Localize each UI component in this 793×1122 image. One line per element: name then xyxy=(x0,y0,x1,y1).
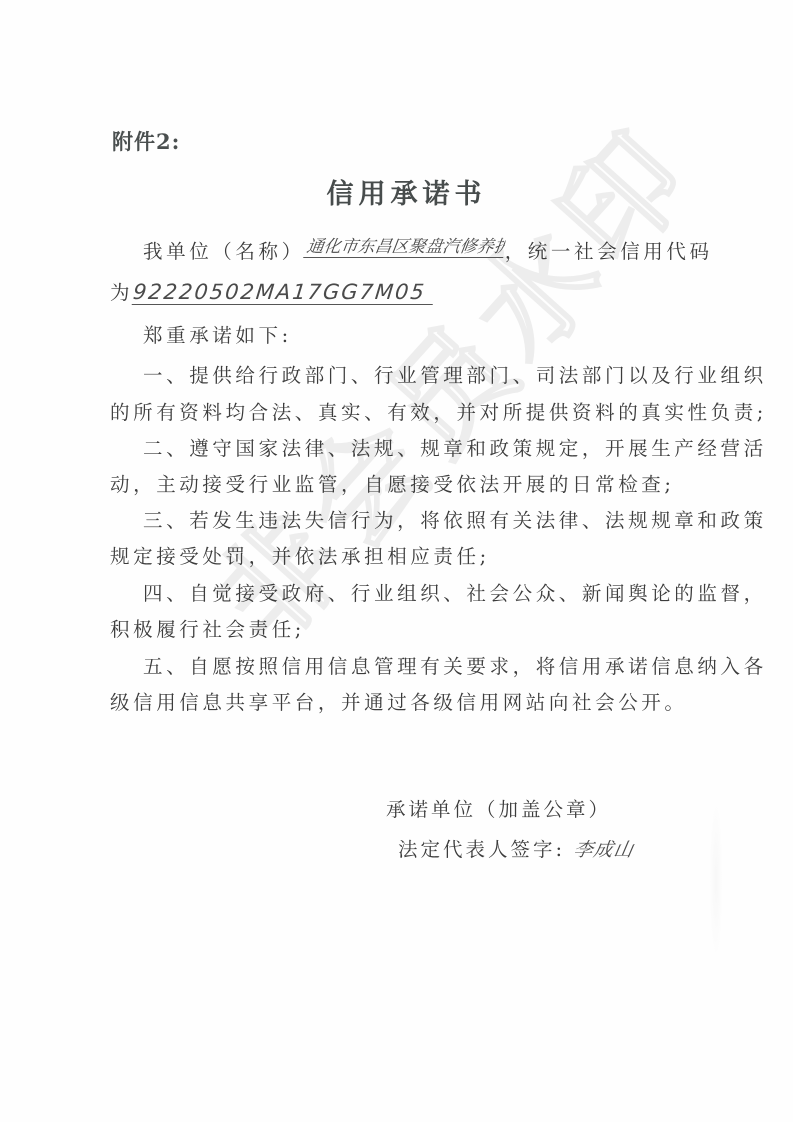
commitment-4-line-2: 积极履行社会责任; xyxy=(110,614,305,642)
commitment-2-line-2: 动，主动接受行业监管，自愿接受依法开展的日常检查; xyxy=(110,469,675,497)
commitment-3-line-2: 规定接受处罚，并依法承担相应责任; xyxy=(110,541,490,569)
unit-seal-label: 承诺单位（加盖公章） xyxy=(386,794,611,822)
intro-prefix: 我单位（名称） xyxy=(143,240,305,263)
scan-artifact xyxy=(709,800,723,960)
commitment-3-line-1: 三、若发生违法失信行为，将依照有关法律、法规规章和政策 xyxy=(143,505,767,533)
commitment-5-line-2: 级信用信息共享平台，并通过各级信用网站向社会公开。 xyxy=(110,687,688,715)
intro-line-1: 我单位（名称）通化市东昌区聚盘汽修养护中心，统一社会信用代码 xyxy=(143,232,713,264)
legal-rep-line: 法定代表人签字: 李成山 xyxy=(398,834,634,862)
intro-suffix: ，统一社会信用代码 xyxy=(505,240,713,263)
document-page: 非会员水印 附件2: 信用承诺书 我单位（名称）通化市东昌区聚盘汽修养护中心，统… xyxy=(0,0,793,1122)
commitment-2-line-1: 二、遵守国家法律、法规、规章和政策规定，开展生产经营活 xyxy=(143,433,767,461)
document-title: 信用承诺书 xyxy=(0,172,793,211)
handwritten-credit-code: 92220502MA17GG7M05 xyxy=(132,280,435,305)
commitment-1-line-1: 一、提供给行政部门、行业管理部门、司法部门以及行业组织 xyxy=(143,360,767,388)
handwritten-unit-name: 通化市东昌区聚盘汽修养护中心 xyxy=(303,232,507,258)
commitment-4-line-1: 四、自觉接受政府、行业组织、社会公众、新闻舆论的监督， xyxy=(143,578,767,606)
legal-rep-signature: 李成山 xyxy=(572,835,637,862)
legal-rep-label: 法定代表人签字: xyxy=(398,838,565,861)
solemn-statement: 郑重承诺如下: xyxy=(143,320,292,348)
code-prefix: 为 xyxy=(110,281,133,304)
commitment-5-line-1: 五、自愿按照信用信息管理有关要求，将信用承诺信息纳入各 xyxy=(143,651,767,679)
commitment-1-line-2: 的所有资料均合法、真实、有效，并对所提供资料的真实性负责; xyxy=(110,397,767,425)
attachment-label: 附件2: xyxy=(112,126,180,156)
intro-line-2: 为92220502MA17GG7M05 xyxy=(110,277,434,305)
